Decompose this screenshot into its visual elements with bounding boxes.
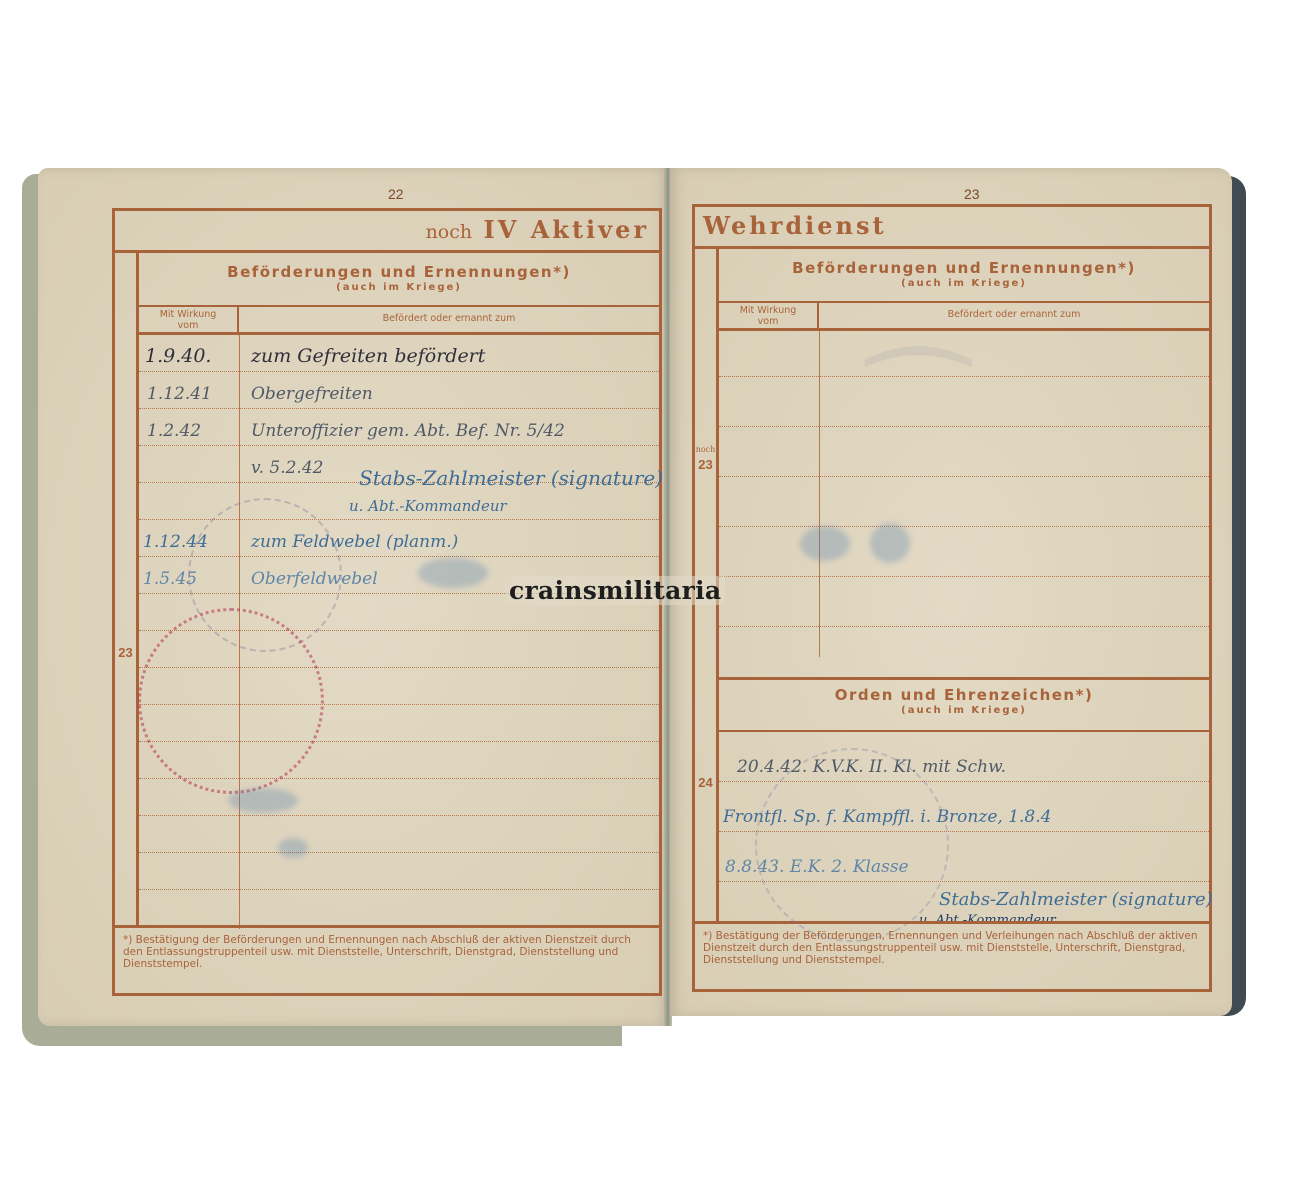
table-row [719,477,1209,527]
table-row: 20.4.42. K.V.K. II. Kl. mit Schw. [719,732,1209,782]
table-row [719,377,1209,427]
awards-section: Orden und Ehrenzeichen*) (auch im Kriege… [719,677,1209,921]
promotions-section: Beförderungen und Ernennungen*) (auch im… [719,249,1209,677]
side-noch-label: noch [695,445,716,454]
entry-text: zum Feldwebel (planm.) [251,532,458,552]
table-row [719,331,1209,377]
section-heading: Orden und Ehrenzeichen*) [719,680,1209,704]
title-main: Wehrdienst [703,211,887,240]
table-row: 1.2.42 Unteroffizier gem. Abt. Bef. Nr. … [139,409,659,446]
entry-text: Unteroffizier gem. Abt. Bef. Nr. 5/42 [251,421,565,441]
section-subheading: (auch im Kriege) [719,278,1209,289]
table-row: u. Abt.-Kommandeur [139,483,659,520]
footnote: *) Bestätigung der Beförderungen, Ernenn… [695,921,1209,989]
table-row [139,631,659,668]
col-header-date: Mit Wirkung vom [719,303,819,328]
left-side-column: 23 [115,253,139,925]
table-row [139,853,659,890]
table-row [719,527,1209,577]
section-subheading: (auch im Kriege) [139,282,659,293]
entry-text: zum Gefreiten befördert [251,345,485,367]
award-entry: 20.4.42. K.V.K. II. Kl. mit Schw. [737,757,1006,777]
signature: Stabs-Zahlmeister (signature) [939,889,1213,910]
section-heading: Beförderungen und Ernennungen*) [719,249,1209,277]
table-row: 1.9.40. zum Gefreiten befördert [139,335,659,372]
section-subheading: (auch im Kriege) [719,705,1209,716]
entry-text: Oberfeldwebel [251,569,378,589]
entry-date: 1.9.40. [145,345,211,367]
title-main: IV Aktiver [483,215,649,244]
table-row [139,890,659,927]
watermark-text: crainsmilitaria [505,576,725,605]
table-row: 1.12.44 zum Feldwebel (planm.) [139,520,659,557]
side-number-23: 23 [695,457,716,472]
page-number-left: 22 [388,186,404,202]
entry-text: Obergefreiten [251,384,373,404]
right-page-title: Wehrdienst [695,207,1209,249]
col-header-date: Mit Wirkung vom [139,307,239,332]
table-row: Frontfl. Sp. f. Kampffl. i. Bronze, 1.8.… [719,782,1209,832]
page-number-right: 23 [964,186,980,202]
table-row [719,627,1209,657]
column-headers: Mit Wirkung vom Befördert oder ernannt z… [139,305,659,335]
column-headers: Mit Wirkung vom Befördert oder ernannt z… [719,301,1209,331]
entry-date: 1.12.41 [147,384,212,404]
side-number-24: 24 [695,775,716,790]
signature-title: u. Abt.-Kommandeur [349,497,507,515]
table-row: v. 5.2.42 Stabs-Zahlmeister (signature) [139,446,659,483]
right-form-frame: Wehrdienst noch 23 24 Beförderungen und … [692,204,1212,992]
open-soldbuch: 22 noch IV Aktiver 23 Beförderungen und … [22,168,1240,1044]
entry-date: 1.12.44 [143,532,208,552]
award-entry: 8.8.43. E.K. 2. Klasse [725,857,909,877]
table-row [139,668,659,705]
footnote: *) Bestätigung der Beförderungen und Ern… [115,925,659,993]
col-header-rank: Befördert oder ernannt zum [239,307,659,332]
table-row [139,816,659,853]
awards-table: 20.4.42. K.V.K. II. Kl. mit Schw. Frontf… [719,730,1209,928]
section-heading: Beförderungen und Ernennungen*) [139,253,659,281]
right-page: 23 Wehrdienst noch 23 24 Beförderungen u… [670,168,1232,1016]
entries-table: 1.9.40. zum Gefreiten befördert 1.12.41 … [139,335,659,927]
table-row [139,779,659,816]
table-row: 1.12.41 Obergefreiten [139,372,659,409]
table-row [139,742,659,779]
promotions-table [719,331,1209,657]
col-header-rank: Befördert oder ernannt zum [819,303,1209,328]
table-row [139,705,659,742]
left-page-title: noch IV Aktiver [115,211,659,253]
entry-date: 1.2.42 [147,421,201,441]
table-row [719,427,1209,477]
table-row: 8.8.43. E.K. 2. Klasse [719,832,1209,882]
title-prefix: noch [426,221,473,243]
side-number: 23 [115,645,136,660]
entry-text: v. 5.2.42 [251,458,323,478]
table-row [719,577,1209,627]
award-entry: Frontfl. Sp. f. Kampffl. i. Bronze, 1.8.… [723,807,1051,827]
entry-date: 1.5.45 [143,569,197,589]
